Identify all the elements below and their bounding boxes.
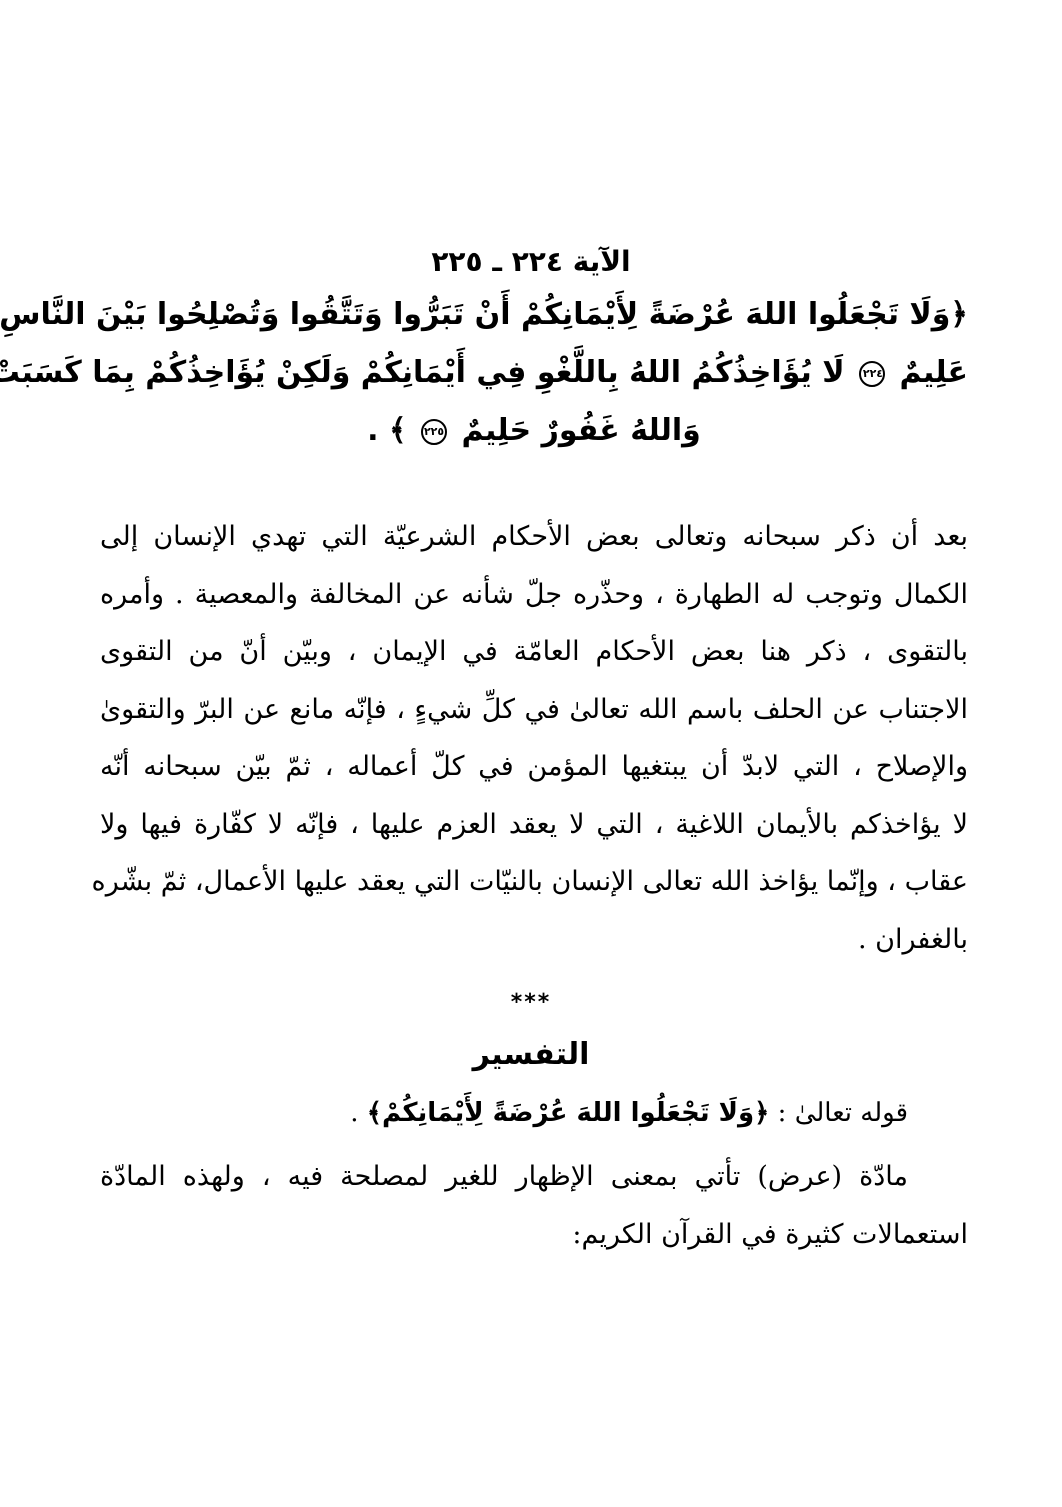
ayah-number-marker-icon: ٢٢٤	[859, 361, 885, 387]
paragraph-line: لا يؤاخذكم بالأيمان اللاغية ، التي لا يع…	[100, 796, 968, 854]
tafsir-paragraph: مادّة (عرض) تأتي بمعنى الإظهار للغير لمص…	[100, 1148, 968, 1263]
section-separator: ***	[0, 990, 1062, 1015]
paragraph-line: بالغفران .	[100, 911, 968, 969]
verse-quote-line: قوله تعالىٰ : ﴿وَلَا تَجْعَلُوا اللهَ عُ…	[100, 1088, 908, 1138]
paragraph-line: بالتقوى ، ذكر هنا بعض الأحكام العامّة في…	[100, 623, 968, 681]
verse-line-1: ﴿وَلَا تَجْعَلُوا اللهَ عُرْضَةً لِأَيْم…	[100, 286, 968, 344]
quote-suffix: .	[350, 1098, 367, 1128]
paragraph-line: والإصلاح ، التي لابدّ أن يبتغيها المؤمن …	[100, 738, 968, 796]
ayah-number-marker-icon: ٢٢٥	[421, 419, 447, 445]
paragraph-line: بعد أن ذكر سبحانه وتعالى بعض الأحكام الش…	[100, 508, 968, 566]
quoted-verse: ﴿وَلَا تَجْعَلُوا اللهَ عُرْضَةً لِأَيْم…	[367, 1098, 770, 1128]
paragraph-line: عقاب ، وإنّما يؤاخذ الله تعالى الإنسان ب…	[100, 853, 968, 911]
paragraph-line: استعمالات كثيرة في القرآن الكريم:	[100, 1206, 968, 1264]
section-heading: التفسير	[0, 1030, 1062, 1080]
quote-prefix: قوله تعالىٰ :	[769, 1098, 908, 1128]
paragraph-line: الاجتناب عن الحلف باسم الله تعالىٰ في كل…	[100, 681, 968, 739]
verse-line-3: وَاللهُ غَفُورٌ حَلِيمٌ ٢٢٥ ﴾ .	[100, 402, 968, 460]
verse-closing: ﴾ .	[367, 413, 406, 448]
quran-verse: ﴿وَلَا تَجْعَلُوا اللهَ عُرْضَةً لِأَيْم…	[100, 286, 968, 460]
verse-word-alim: عَلِيمٌ	[899, 355, 968, 390]
verse-line-2: عَلِيمٌ ٢٢٤ لَا يُؤَاخِذُكُمُ اللهُ بِال…	[100, 344, 968, 402]
ayah-title: الآية ٢٢٤ ـ ٢٢٥	[0, 242, 1062, 282]
document-page: الآية ٢٢٤ ـ ٢٢٥ ﴿وَلَا تَجْعَلُوا اللهَ …	[0, 0, 1062, 1507]
intro-paragraph: بعد أن ذكر سبحانه وتعالى بعض الأحكام الش…	[100, 508, 968, 968]
verse-line-3-text: وَاللهُ غَفُورٌ حَلِيمٌ	[462, 413, 701, 448]
verse-line-2-text: لَا يُؤَاخِذُكُمُ اللهُ بِاللَّغْوِ فِي …	[0, 355, 845, 390]
paragraph-line: الكمال وتوجب له الطهارة ، وحذّره جلّ شأن…	[100, 566, 968, 624]
paragraph-line: مادّة (عرض) تأتي بمعنى الإظهار للغير لمص…	[100, 1148, 968, 1206]
